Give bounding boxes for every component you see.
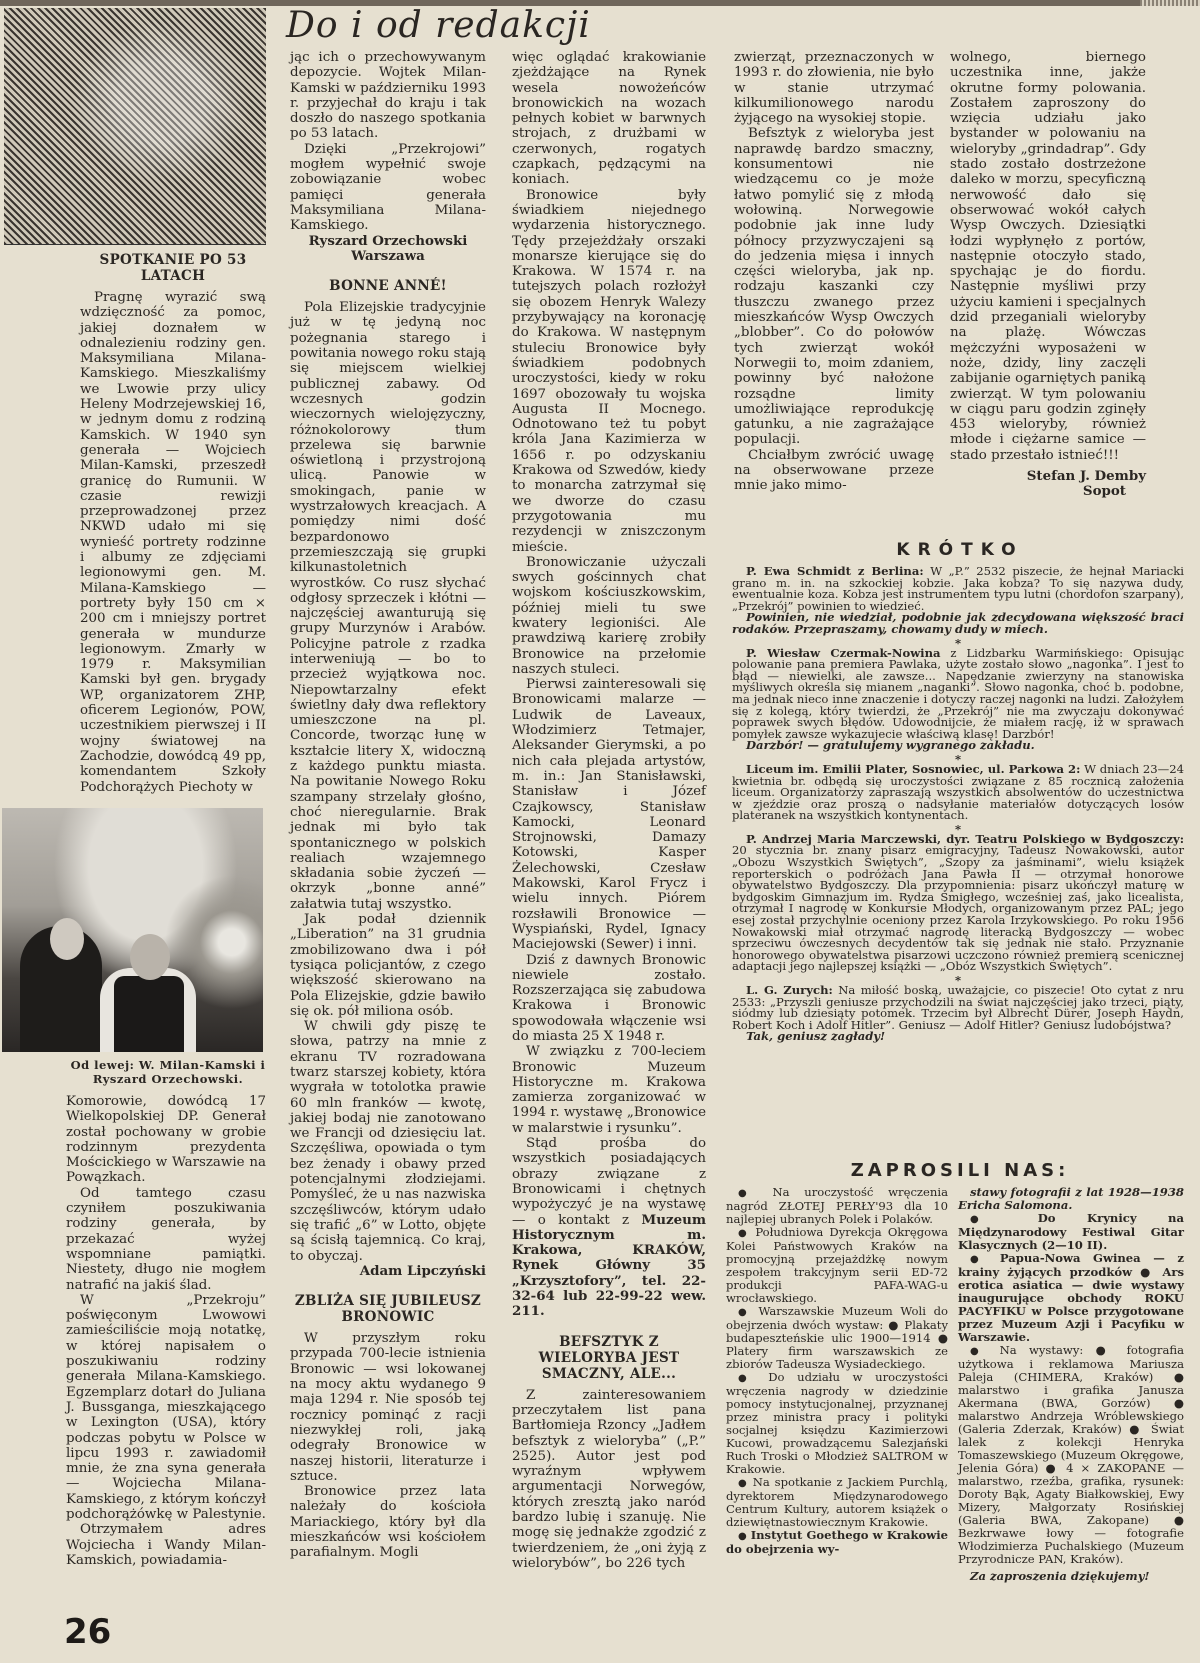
paragraph: Pierwsi zainteresowali się Bronowicami m… xyxy=(512,677,706,952)
paragraph: Bronowice przez lata należały do kościoł… xyxy=(290,1484,486,1560)
invitation-item: ● Na uroczystość wręczenia nagród ZŁOTEJ… xyxy=(726,1186,948,1226)
zaprosili-heading: ZAPROSILI NAS: xyxy=(720,1160,1200,1181)
column-1-continued: Komorowie, dowódcą 17 Wielkopolskiej DP.… xyxy=(66,1094,266,1568)
engraving-illustration-icon xyxy=(4,8,266,245)
column-3: więc oglądać krakowianie zjeżdżające na … xyxy=(512,50,706,1571)
paragraph: Stąd prośba do wszystkich posiadających … xyxy=(512,1136,706,1320)
invitation-item-continued: stawy fotografii z lat 1928—1938 Ericha … xyxy=(958,1186,1184,1212)
krotko-item: L. G. Zurych: Na miłość boską, uważajcie… xyxy=(732,985,1184,1031)
article-heading-bronowice: ZBLIŻA SIĘ JUBILEUSZ BRONOWIC xyxy=(290,1293,486,1325)
museum-contact: Muzeum Historycznym m. Krakowa, KRAKÓW, … xyxy=(512,1212,706,1320)
zaprosili-column-2: stawy fotografii z lat 1928—1938 Ericha … xyxy=(958,1186,1184,1583)
section-title: Do i od redakcji xyxy=(286,6,591,46)
photo-caption: Od lewej: W. Milan-Kamski i Ryszard Orze… xyxy=(70,1058,266,1086)
author-signature: Ryszard Orzechowski xyxy=(290,234,486,249)
invitation-item: ● Na spotkanie z Jackiem Purchlą, dyrekt… xyxy=(726,1476,948,1529)
paragraph: W chwili gdy piszę te słowa, patrzy na m… xyxy=(290,1019,486,1264)
invitation-item: ● Do Krynicy na Międzynarodowy Festiwal … xyxy=(958,1212,1184,1252)
page-top-edge xyxy=(0,0,1200,6)
author-signature: Adam Lipczyński xyxy=(290,1264,486,1279)
page-number: 26 xyxy=(64,1612,111,1652)
invitation-item: ● Do udziału w uroczystości wręczenia na… xyxy=(726,1371,948,1476)
invitation-item: ● Południowa Dyrekcja Okręgowa Kolei Pań… xyxy=(726,1226,948,1305)
invitation-item: ● Instytut Goethego w Krakowie do obejrz… xyxy=(726,1529,948,1556)
paragraph: W przyszłym roku przypada 700-lecie istn… xyxy=(290,1331,486,1484)
paragraph: Pola Elizejskie tradycyjnie już w tę jed… xyxy=(290,300,486,912)
paragraph: Befsztyk z wieloryba jest naprawdę bardz… xyxy=(734,126,934,447)
invitation-item: ● Warszawskie Muzeum Woli do obejrzenia … xyxy=(726,1305,948,1371)
paragraph: Otrzymałem adres Wojciecha i Wandy Milan… xyxy=(66,1522,266,1568)
author-city: Sopot xyxy=(950,484,1146,499)
krotko-heading: KRÓTKO xyxy=(720,540,1200,560)
paragraph: wolnego, biernego uczestnika inne, jakże… xyxy=(950,50,1146,463)
paragraph: Bronowiczanie użyczali swych gościnnych … xyxy=(512,555,706,677)
paragraph: jąc ich o przechowywanym depozycie. Wojt… xyxy=(290,50,486,142)
invitation-item: ● Na wystawy: ● fotografia użytkowa i re… xyxy=(958,1344,1184,1566)
paragraph: więc oglądać krakowianie zjeżdżające na … xyxy=(512,50,706,188)
krotko-item: P. Andrzej Maria Marczewski, dyr. Teatru… xyxy=(732,834,1184,973)
page-top-edge-pattern xyxy=(1140,0,1200,6)
column-1: SPOTKANIE PO 53 LATACH Pragnę wyrazić sw… xyxy=(80,250,266,795)
column-5: wolnego, biernego uczestnika inne, jakże… xyxy=(950,50,1146,500)
zaprosili-column-1: ● Na uroczystość wręczenia nagród ZŁOTEJ… xyxy=(726,1186,948,1556)
krotko-item: P. Wiesław Czermak-Nowina z Lidzbarku Wa… xyxy=(732,648,1184,741)
paragraph: Dzięki „Przekrojowi” mogłem wypełnić swo… xyxy=(290,142,486,234)
paragraph: W „Przekroju” poświęconym Lwowowi zamieś… xyxy=(66,1293,266,1522)
editor-reply: Darzbór! — gratulujemy wygranego zakładu… xyxy=(732,740,1184,752)
invitation-item: ● Papua-Nowa Gwinea — z krainy żyjących … xyxy=(958,1252,1184,1344)
photo-two-men-icon xyxy=(2,808,263,1052)
editor-reply: Powinien, nie wiedział, podobnie jak zde… xyxy=(732,612,1184,635)
paragraph: Z zainteresowaniem przeczytałem list pan… xyxy=(512,1388,706,1572)
krotko-section: P. Ewa Schmidt z Berlina: W „P.” 2532 pi… xyxy=(732,566,1184,1043)
paragraph: Komorowie, dowódcą 17 Wielkopolskiej DP.… xyxy=(66,1094,266,1186)
paragraph: Bronowice były świadkiem niejednego wyda… xyxy=(512,188,706,555)
paragraph: Pragnę wyrazić swą wdzięczność za pomoc,… xyxy=(80,290,266,795)
paragraph: Dziś z dawnych Bronowic niewiele zostało… xyxy=(512,953,706,1045)
paragraph: Jak podał dziennik „Liberation” na 31 gr… xyxy=(290,912,486,1019)
krotko-item: P. Ewa Schmidt z Berlina: W „P.” 2532 pi… xyxy=(732,566,1184,612)
article-heading-bonne-anne: BONNE ANNÉ! xyxy=(290,278,486,294)
editor-reply: Tak, geniusz zagłady! xyxy=(732,1031,1184,1043)
paragraph: zwierząt, przeznaczonych w 1993 r. do zł… xyxy=(734,50,934,126)
author-city: Warszawa xyxy=(290,249,486,264)
closing-thanks: Za zaproszenia dziękujemy! xyxy=(958,1570,1184,1583)
column-2: jąc ich o przechowywanym depozycie. Wojt… xyxy=(290,50,486,1561)
article-heading-spotkanie: SPOTKANIE PO 53 LATACH xyxy=(80,252,266,284)
column-4: zwierząt, przeznaczonych w 1993 r. do zł… xyxy=(734,50,934,494)
paragraph: Od tamtego czasu czyniłem poszukiwania r… xyxy=(66,1186,266,1293)
paragraph: Chciałbym zwrócić uwagę na obserwowane p… xyxy=(734,448,934,494)
paragraph: W związku z 700-leciem Bronowic Muzeum H… xyxy=(512,1044,706,1136)
article-heading-befsztyk: BEFSZTYK Z WIELORYBA JEST SMACZNY, ALE..… xyxy=(512,1334,706,1382)
krotko-item: Liceum im. Emilii Plater, Sosnowiec, ul.… xyxy=(732,764,1184,822)
author-signature: Stefan J. Demby xyxy=(950,469,1146,484)
